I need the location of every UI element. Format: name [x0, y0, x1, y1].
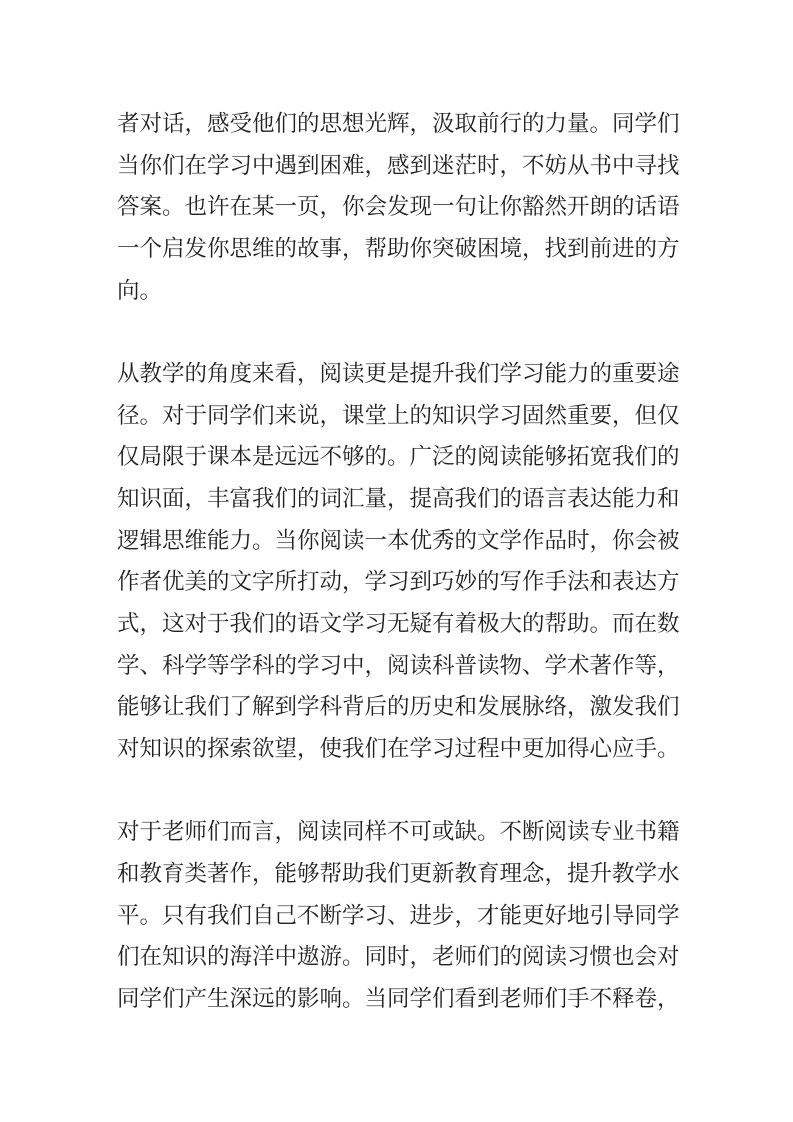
- text-line: 径。对于同学们来说，课堂上的知识学习固然重要，但仅: [117, 395, 681, 437]
- text-line: 仅局限于课本是远远不够的。广泛的阅读能够拓宽我们的: [117, 436, 681, 478]
- document-page: 者对话，感受他们的思想光辉，汲取前行的力量。同学们当你们在学习中遇到困难，感到迷…: [0, 0, 793, 1122]
- text-line: 当你们在学习中遇到困难，感到迷茫时，不妨从书中寻找: [117, 145, 681, 187]
- text-line: 知识面，丰富我们的词汇量，提高我们的语言表达能力和: [117, 478, 681, 520]
- text-line: 一个启发你思维的故事，帮助你突破困境，找到前进的方: [117, 228, 681, 270]
- text-line: 向。: [117, 270, 681, 312]
- text-line: 对于老师们而言，阅读同样不可或缺。不断阅读专业书籍: [117, 811, 681, 853]
- text-line: 从教学的角度来看，阅读更是提升我们学习能力的重要途: [117, 353, 681, 395]
- text-line: 和教育类著作，能够帮助我们更新教育理念，提升教学水: [117, 853, 681, 895]
- text-line: 们在知识的海洋中遨游。同时，老师们的阅读习惯也会对: [117, 936, 681, 978]
- text-line: 平。只有我们自己不断学习、进步，才能更好地引导同学: [117, 895, 681, 937]
- text-line: 作者优美的文字所打动，学习到巧妙的写作手法和表达方: [117, 561, 681, 603]
- text-line: 者对话，感受他们的思想光辉，汲取前行的力量。同学们: [117, 103, 681, 145]
- text-line: 能够让我们了解到学科背后的历史和发展脉络，激发我们: [117, 686, 681, 728]
- text-line: 同学们产生深远的影响。当同学们看到老师们手不释卷，: [117, 978, 681, 1020]
- text-line: 逻辑思维能力。当你阅读一本优秀的文学作品时，你会被: [117, 520, 681, 562]
- paragraph-3: 对于老师们而言，阅读同样不可或缺。不断阅读专业书籍和教育类著作，能够帮助我们更新…: [117, 811, 681, 1019]
- paragraph-2: 从教学的角度来看，阅读更是提升我们学习能力的重要途径。对于同学们来说，课堂上的知…: [117, 353, 681, 770]
- text-line: 学、科学等学科的学习中，阅读科普读物、学术著作等，: [117, 645, 681, 687]
- paragraph-1: 者对话，感受他们的思想光辉，汲取前行的力量。同学们当你们在学习中遇到困难，感到迷…: [117, 103, 681, 311]
- text-line: 式，这对于我们的语文学习无疑有着极大的帮助。而在数: [117, 603, 681, 645]
- text-line: 对知识的探索欲望，使我们在学习过程中更加得心应手。: [117, 728, 681, 770]
- text-line: 答案。也许在某一页，你会发现一句让你豁然开朗的话语: [117, 186, 681, 228]
